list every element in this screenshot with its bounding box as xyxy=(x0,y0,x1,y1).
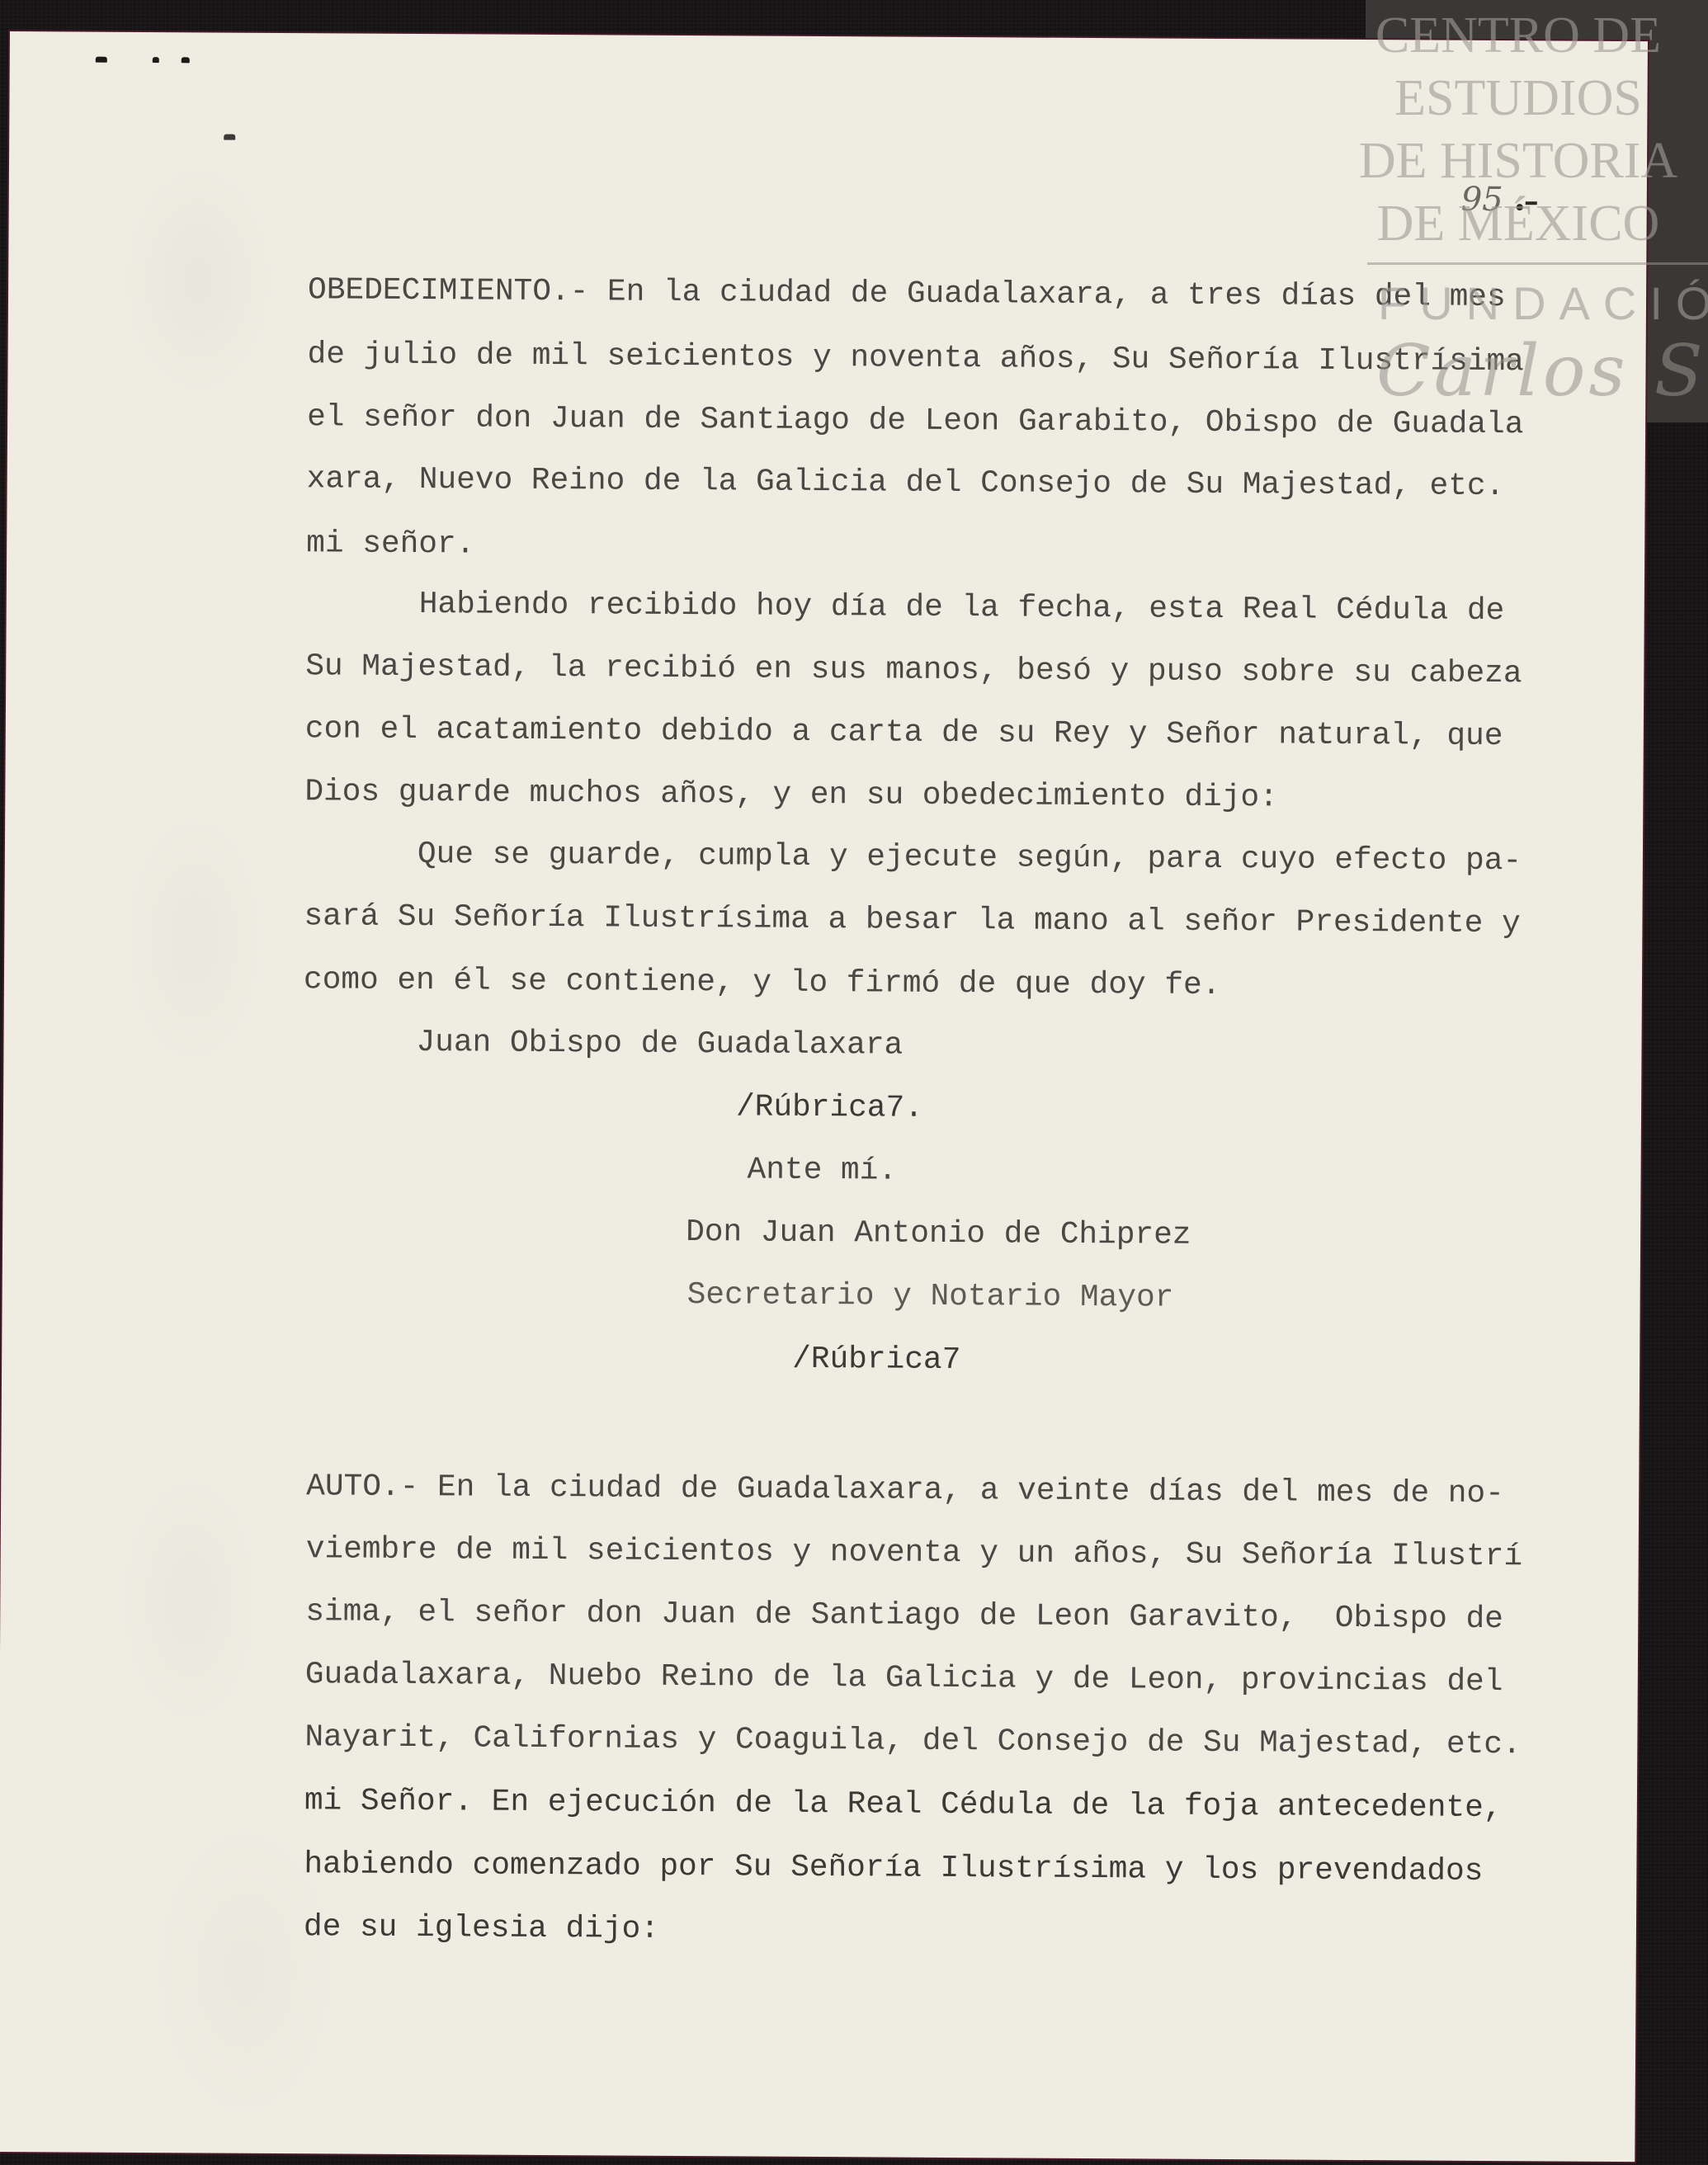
text-line: Su Majestad, la recibió en sus manos, be… xyxy=(305,649,1522,692)
rubrica-mark: /Rúbrica7. xyxy=(736,1089,923,1126)
watermark-line: CENTRO DE xyxy=(1328,10,1708,61)
text-line: sará Su Señoría Ilustrísima a besar la m… xyxy=(304,899,1521,942)
watermark-line: DE HISTORIA xyxy=(1328,135,1708,186)
text-line: mi Señor. En ejecución de la Real Cédula… xyxy=(304,1783,1503,1827)
text-line: Dios guarde muchos años, y en su obedeci… xyxy=(304,774,1278,816)
notary-name: Don Juan Antonio de Chiprez xyxy=(686,1215,1191,1254)
text-line: el señor don Juan de Santiago de Leon Ga… xyxy=(307,399,1524,443)
watermark-foundation: FUNDACIÓN xyxy=(1378,276,1708,330)
punch-mark xyxy=(224,134,235,140)
watermark-line: DE MÉXICO xyxy=(1328,198,1708,249)
text-line: viembre de mil seicientos y noventa y un… xyxy=(306,1531,1523,1575)
text-line: habiendo comenzado por Su Señoría Ilustr… xyxy=(304,1847,1483,1890)
text-line: OBEDECIMIENTO.- En la ciudad de Guadalax… xyxy=(308,272,1506,316)
text-line: sima, el señor don Juan de Santiago de L… xyxy=(305,1594,1503,1638)
watermark-signature: Carlos Slim xyxy=(1376,330,1708,413)
text-line: Habiendo recibido hoy día de la fecha, e… xyxy=(419,587,1505,630)
watermark-divider xyxy=(1367,262,1708,265)
text-line: xara, Nuevo Reino de la Galicia del Cons… xyxy=(307,461,1505,505)
ante-mi: Ante mí. xyxy=(747,1152,897,1189)
punch-mark xyxy=(96,57,107,63)
bishop-signature: Juan Obispo de Guadalaxara xyxy=(416,1025,903,1064)
text-line: de su iglesia dijo: xyxy=(304,1909,659,1948)
text-line: mi señor. xyxy=(306,526,474,563)
punch-mark xyxy=(153,57,159,63)
rubrica-mark: /Rúbrica7 xyxy=(792,1342,960,1379)
text-line: de julio de mil seicientos y noventa año… xyxy=(307,337,1524,380)
text-line: con el acatamiento debido a carta de su … xyxy=(305,711,1503,755)
text-line: AUTO.- En la ciudad de Guadalaxara, a ve… xyxy=(306,1469,1504,1512)
text-line: Que se guarde, cumpla y ejecute según, p… xyxy=(418,837,1522,880)
watermark-line: ESTUDIOS xyxy=(1328,73,1708,124)
text-line: Guadalaxara, Nuebo Reino de la Galicia y… xyxy=(305,1657,1503,1700)
punch-mark xyxy=(182,57,190,63)
notary-title: Secretario y Notario Mayor xyxy=(687,1277,1174,1317)
text-line: como en él se contiene, y lo firmó de qu… xyxy=(304,962,1221,1004)
text-line: Nayarit, Californias y Coaguila, del Con… xyxy=(304,1719,1522,1763)
